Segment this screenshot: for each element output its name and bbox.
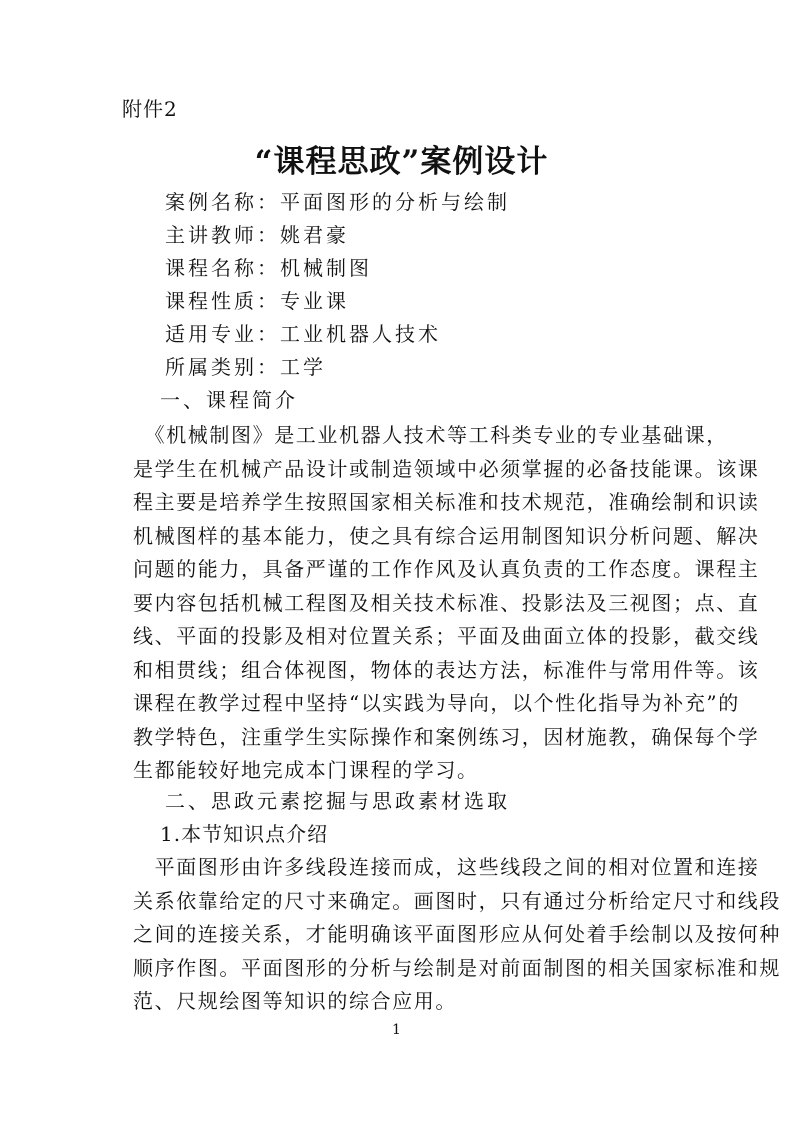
document-page: 附件2 “课程思政”案例设计 案例名称：平面图形的分析与绘制 主讲教师：姚君豪 … — [0, 0, 793, 1122]
info-value: 机械制图 — [280, 256, 372, 280]
paragraph-line: 程主要是培养学生按照国家相关标准和技术规范，准确绘制和识读 — [133, 486, 673, 520]
info-value: 工学 — [280, 355, 326, 379]
info-course-name: 课程名称：机械制图 — [165, 252, 510, 285]
info-value: 平面图形的分析与绘制 — [280, 190, 510, 214]
info-value: 工业机器人技术 — [280, 322, 441, 346]
info-case-name: 案例名称：平面图形的分析与绘制 — [165, 186, 510, 219]
case-info-block: 案例名称：平面图形的分析与绘制 主讲教师：姚君豪 课程名称：机械制图 课程性质：… — [165, 186, 510, 384]
info-category: 所属类别：工学 — [165, 351, 510, 384]
page-number: 1 — [0, 1022, 793, 1038]
annex-label: 附件2 — [122, 93, 178, 122]
paragraph-line: 教学特色，注重学生实际操作和案例练习，因材施教，确保每个学 — [133, 721, 673, 755]
course-intro-paragraph: 《机械制图》是工业机器人技术等工科类专业的专业基础课， 是学生在机械产品设计或制… — [133, 419, 673, 788]
subsection-heading-knowledge-points: 1.本节知识点介绍 — [160, 818, 328, 851]
paragraph-line: 要内容包括机械工程图及相关技术标准、投影法及三视图；点、直 — [133, 587, 673, 621]
info-value: 姚君豪 — [280, 223, 349, 247]
info-label: 主讲教师： — [165, 223, 280, 247]
info-value: 专业课 — [280, 289, 349, 313]
paragraph-line: 之间的连接关系，才能明确该平面图形应从何处着手绘制以及按何种 — [133, 918, 673, 952]
knowledge-points-paragraph: 平面图形由许多线段连接而成，这些线段之间的相对位置和连接 关系依靠给定的尺寸来确… — [133, 851, 673, 1019]
paragraph-line: 是学生在机械产品设计或制造领域中必须掌握的必备技能课。该课 — [133, 453, 673, 487]
paragraph-line: 课程在教学过程中坚持“以实践为导向，以个性化指导为补充”的 — [133, 687, 673, 721]
info-lecturer: 主讲教师：姚君豪 — [165, 219, 510, 252]
info-label: 所属类别： — [165, 355, 280, 379]
info-label: 课程性质： — [165, 289, 280, 313]
info-label: 适用专业： — [165, 322, 280, 346]
paragraph-line: 机械图样的基本能力，使之具有综合运用制图知识分析问题、解决 — [133, 520, 673, 554]
paragraph-line: 平面图形由许多线段连接而成，这些线段之间的相对位置和连接 — [133, 851, 673, 885]
info-label: 课程名称： — [165, 256, 280, 280]
paragraph-line: 线、平面的投影及相对位置关系；平面及曲面立体的投影，截交线 — [133, 620, 673, 654]
paragraph-line: 《机械制图》是工业机器人技术等工科类专业的专业基础课， — [133, 419, 673, 453]
section-heading-ideology-elements: 二、思政元素挖掘与思政素材选取 — [165, 785, 510, 818]
paragraph-line: 和相贯线；组合体视图，物体的表达方法，标准件与常用件等。该 — [133, 654, 673, 688]
info-label: 案例名称： — [165, 190, 280, 214]
info-course-type: 课程性质：专业课 — [165, 285, 510, 318]
info-major: 适用专业：工业机器人技术 — [165, 318, 510, 351]
section-heading-course-intro: 一、课程简介 — [160, 384, 298, 417]
paragraph-line: 顺序作图。平面图形的分析与绘制是对前面制图的相关国家标准和规 — [133, 952, 673, 986]
paragraph-line: 关系依靠给定的尺寸来确定。画图时，只有通过分析给定尺寸和线段 — [133, 885, 673, 919]
paragraph-line: 范、尺规绘图等知识的综合应用。 — [133, 985, 673, 1019]
document-title: “课程思政”案例设计 — [0, 136, 793, 181]
paragraph-line: 问题的能力，具备严谨的工作作风及认真负责的工作态度。课程主 — [133, 553, 673, 587]
paragraph-line: 生都能较好地完成本门课程的学习。 — [133, 754, 673, 788]
